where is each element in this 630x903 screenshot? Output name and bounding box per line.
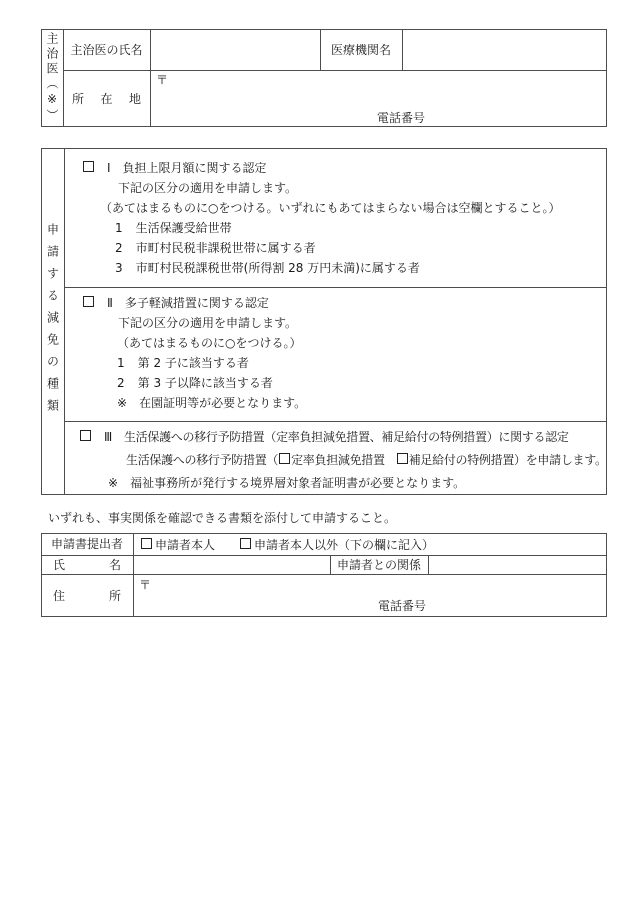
physician-phone-label: 電話番号 — [377, 110, 425, 126]
section2-option-2[interactable]: 2第 3 子以降に該当する者 — [117, 375, 273, 391]
section3-heading: Ⅲ生活保護への移行予防措置（定率負担減免措置、補足給付の特例措置）に関する認定 — [80, 429, 569, 445]
section1-heading: Ⅰ負担上限月額に関する認定 — [83, 160, 267, 176]
section3-apply-line: 生活保護への移行予防措置（定率負担減免措置補足給付の特例措置）を申請します。 — [126, 452, 607, 468]
relation-label: 申請者との関係 — [330, 555, 428, 574]
reference-mark: ※ — [108, 476, 118, 490]
physician-side-cell: 主治医（※） — [41, 29, 63, 127]
relation-input[interactable] — [429, 556, 606, 573]
section1-subtitle: 下記の区分の適用を申請します。 — [118, 180, 297, 196]
physician-name-input[interactable] — [151, 30, 319, 69]
exemption-side-label: 申請する減免の種類 — [45, 223, 61, 421]
submitter-name-label: 氏名 — [41, 555, 133, 574]
section2-numeral: Ⅱ — [107, 296, 113, 310]
reference-mark: ※ — [117, 396, 127, 410]
postal-mark: 〒 — [139, 577, 151, 593]
rate-reduction-checkbox[interactable] — [279, 453, 290, 464]
section1-numeral: Ⅰ — [107, 161, 111, 175]
section1-option-3[interactable]: 3市町村民税課税世帯(所得割 28 万円未満)に属する者 — [115, 260, 420, 276]
submitter-other-checkbox[interactable] — [240, 538, 251, 549]
physician-address-label: 所在地 — [63, 70, 150, 127]
section3-numeral: Ⅲ — [104, 430, 112, 444]
submitter-address-input[interactable] — [134, 575, 606, 616]
section2-instruction: （あてはまるものに○をつける。） — [117, 335, 301, 351]
exemption-table-divider — [64, 148, 65, 495]
section3-note: ※福祉事務所が発行する境界層対象者証明書が必要となります。 — [108, 475, 465, 491]
submitter-phone-label: 電話番号 — [378, 598, 426, 614]
section2-heading: Ⅱ多子軽減措置に関する認定 — [83, 295, 269, 311]
application-form-page: 主治医（※） 主治医の氏名 医療機関名 所在地 〒 電話番号 申請する減免の種類… — [0, 0, 630, 903]
postal-mark: 〒 — [156, 72, 168, 88]
exemption-table-divider — [64, 421, 607, 422]
section1-checkbox[interactable] — [83, 161, 94, 172]
exemption-table-divider — [64, 287, 607, 288]
submitter-self-label: 申請者本人 — [155, 538, 215, 552]
attachment-note: いずれも、事実関係を確認できる書類を添付して申請すること。 — [48, 510, 396, 526]
section1-title: 負担上限月額に関する認定 — [123, 161, 267, 175]
section3-title: 生活保護への移行予防措置（定率負担減免措置、補足給付の特例措置）に関する認定 — [124, 430, 569, 444]
submitter-options: 申請者本人申請者本人以外（下の欄に記入） — [141, 537, 434, 553]
submitter-self-checkbox[interactable] — [141, 538, 152, 549]
submitter-address-label: 住所 — [41, 574, 133, 617]
institution-name-input[interactable] — [403, 30, 606, 69]
section2-option-1[interactable]: 1第 2 子に該当する者 — [117, 355, 249, 371]
section3-checkbox[interactable] — [80, 430, 91, 441]
section2-checkbox[interactable] — [83, 296, 94, 307]
submitter-name-input[interactable] — [134, 556, 329, 573]
physician-side-label: 主治医（※） — [44, 32, 60, 124]
section2-note: ※在園証明等が必要となります。 — [117, 395, 306, 411]
submitter-header-label: 申請書提出者 — [41, 533, 133, 555]
institution-name-label: 医療機関名 — [320, 29, 402, 70]
physician-name-label: 主治医の氏名 — [63, 29, 150, 70]
exemption-side-cell: 申請する減免の種類 — [41, 148, 64, 495]
section2-subtitle: 下記の区分の適用を申請します。 — [118, 315, 297, 331]
supplement-benefit-checkbox[interactable] — [397, 453, 408, 464]
section2-title: 多子軽減措置に関する認定 — [125, 296, 269, 310]
section1-option-1[interactable]: 1生活保護受給世帯 — [115, 220, 232, 236]
submitter-other-label: 申請者本人以外（下の欄に記入） — [254, 538, 434, 552]
section1-instruction: （あてはまるものに○をつける。いずれにもあてはまらない場合は空欄とすること。） — [100, 200, 560, 216]
section1-option-2[interactable]: 2市町村民税非課税世帯に属する者 — [115, 240, 316, 256]
